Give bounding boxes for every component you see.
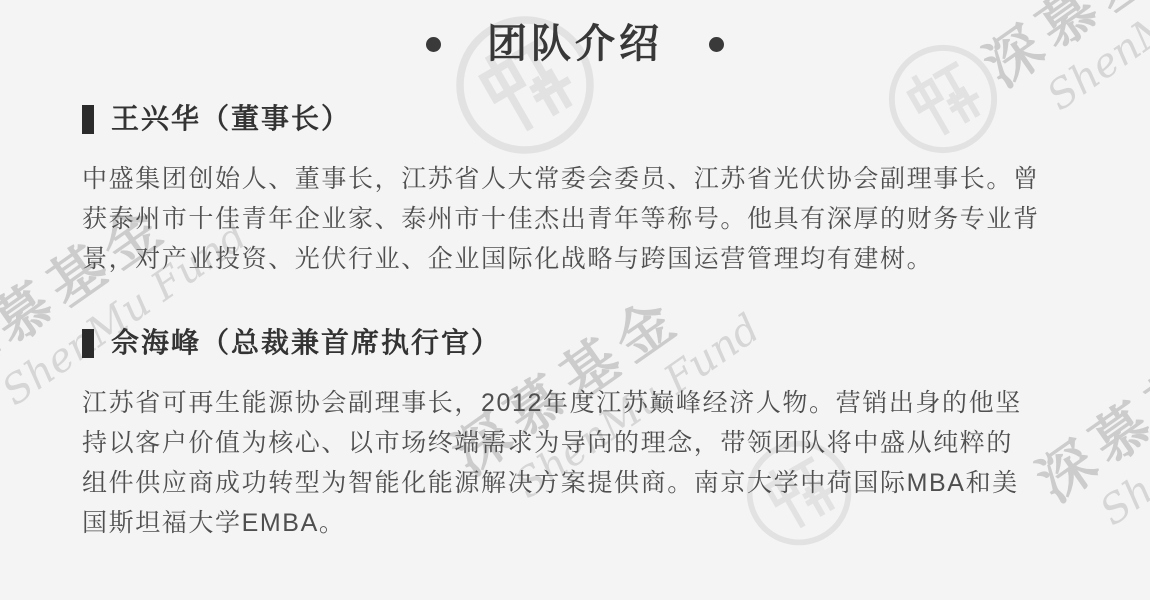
- member-name-title: 佘海峰（总裁兼首席执行官）: [111, 326, 501, 360]
- member-heading: 王兴华（董事长）: [82, 102, 1068, 136]
- member-name-title: 王兴华（董事长）: [111, 102, 351, 136]
- slide-content: 团队介绍 王兴华（董事长） 中盛集团创始人、董事长，江苏省人大常委会委员、江苏省…: [0, 0, 1150, 543]
- team-member-section-2: 佘海峰（总裁兼首席执行官） 江苏省可再生能源协会副理事长，2012年度江苏巅峰经…: [82, 326, 1068, 543]
- page-title-row: 团队介绍: [0, 0, 1150, 64]
- team-member-section-1: 王兴华（董事长） 中盛集团创始人、董事长，江苏省人大常委会委员、江苏省光伏协会副…: [82, 102, 1068, 279]
- slide-page: 深慕基金 ShenMu Fund 深慕基金 ShenMu Fund 深慕基金 S…: [0, 0, 1150, 600]
- title-left-dot-icon: [426, 37, 441, 52]
- page-title: 团队介绍: [487, 24, 663, 64]
- member-bio: 江苏省可再生能源协会副理事长，2012年度江苏巅峰经济人物。营销出身的他坚 持以…: [82, 383, 1068, 543]
- heading-bar-icon: [82, 329, 94, 358]
- member-heading: 佘海峰（总裁兼首席执行官）: [82, 326, 1068, 360]
- title-right-dot-icon: [709, 37, 724, 52]
- member-bio: 中盛集团创始人、董事长，江苏省人大常委会委员、江苏省光伏协会副理事长。曾 获泰州…: [82, 159, 1068, 279]
- heading-bar-icon: [82, 105, 94, 134]
